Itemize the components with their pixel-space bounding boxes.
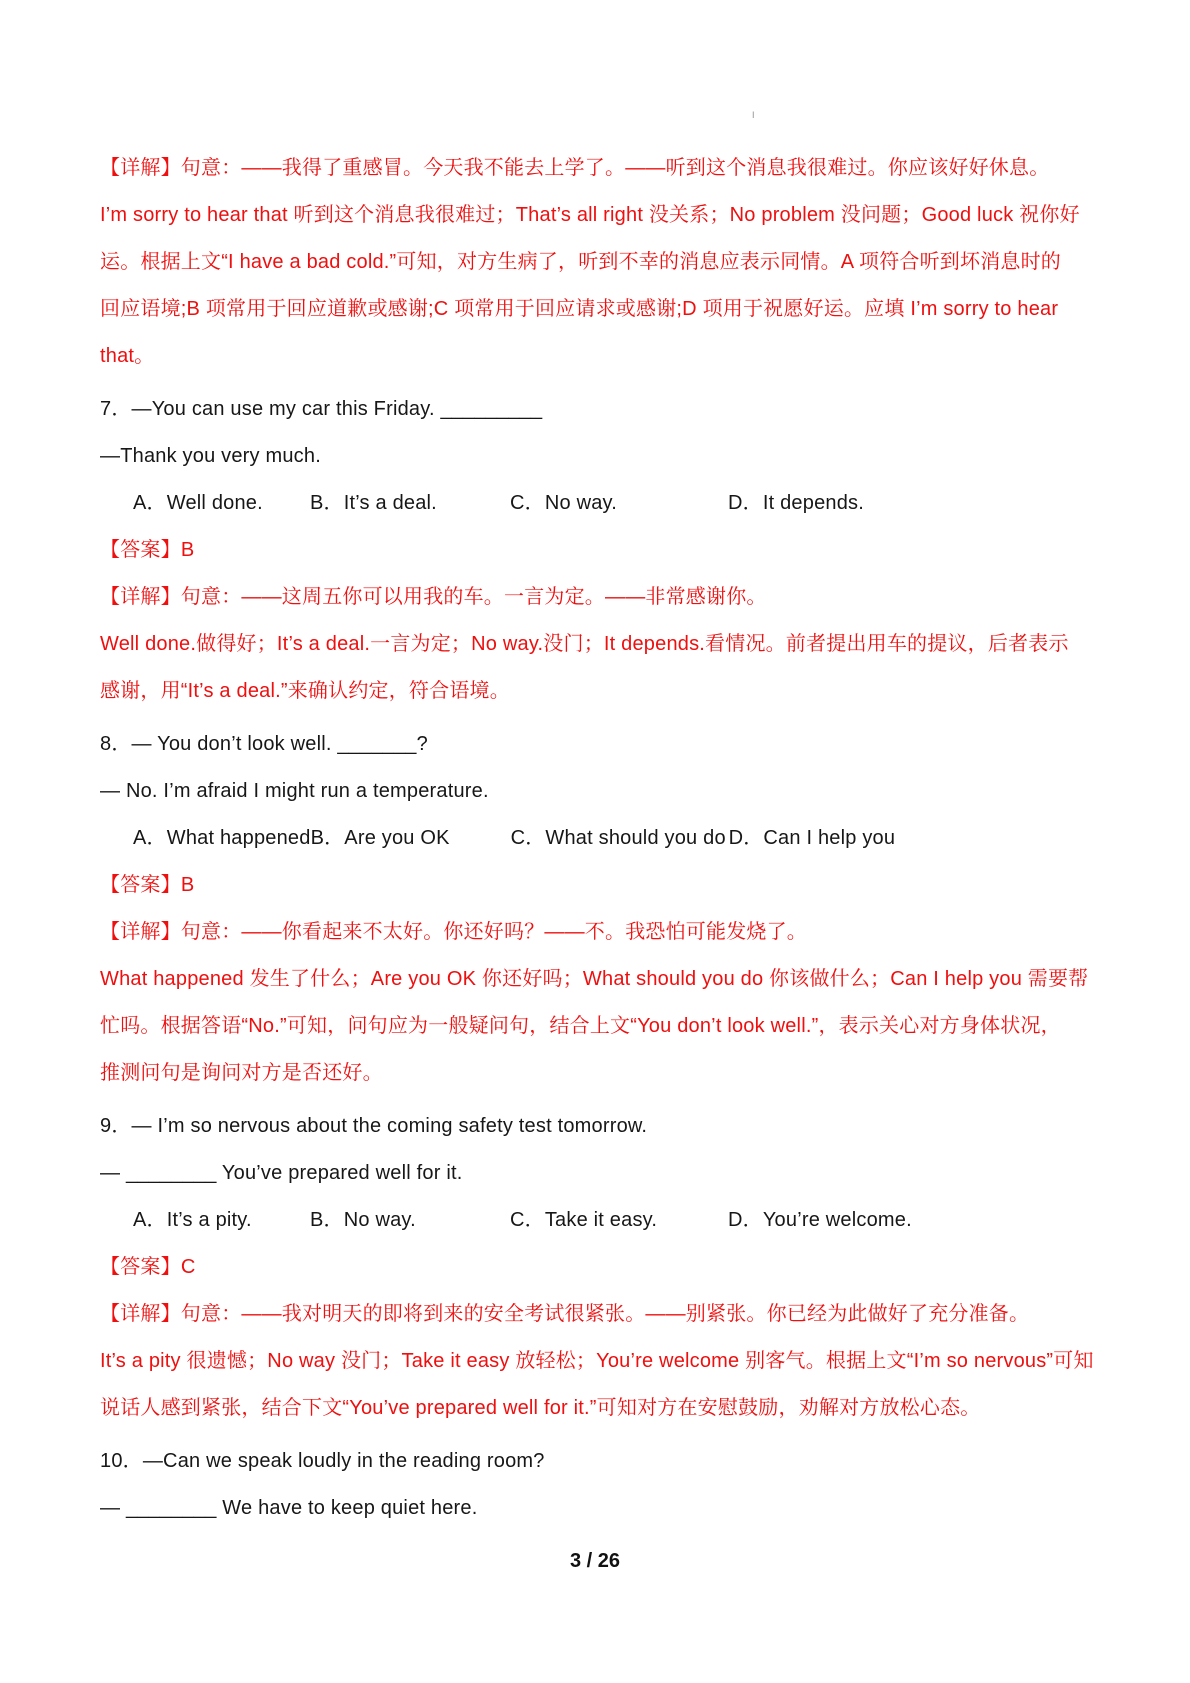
explanation-line: 【详解】句意：——我对明天的即将到来的安全考试很紧张。——别紧张。你已经为此做好… bbox=[100, 1291, 1090, 1338]
question-line: —Thank you very much. bbox=[100, 433, 1090, 480]
answer-label: 【答案】 bbox=[100, 874, 181, 896]
question-line: 10．—Can we speak loudly in the reading r… bbox=[100, 1438, 1090, 1485]
option-item: C．No way. bbox=[510, 480, 728, 527]
question-line: 7．—You can use my car this Friday. _____… bbox=[100, 386, 1090, 433]
explanation-line: 运。根据上文“I have a bad cold.”可知，对方生病了，听到不幸的… bbox=[100, 239, 1090, 286]
options-row: A．Well done.B．It’s a deal.C．No way.D．It … bbox=[100, 480, 1090, 527]
answer-value: B bbox=[181, 874, 195, 896]
explanation-line: It’s a pity 很遗憾；No way 没门；Take it easy 放… bbox=[100, 1338, 1090, 1385]
explanation-line: 【详解】句意：——我得了重感冒。今天我不能去上学了。——听到这个消息我很难过。你… bbox=[100, 145, 1090, 192]
options-row: A．It’s a pity.B．No way.C．Take it easy.D．… bbox=[100, 1197, 1090, 1244]
option-item: D．You’re welcome. bbox=[728, 1197, 912, 1244]
explanation-block: 【详解】句意：——这周五你可以用我的车。一言为定。——非常感谢你。Well do… bbox=[100, 574, 1090, 715]
option-item: B．No way. bbox=[310, 1197, 510, 1244]
explanation-line: 忙吗。根据答语“No.”可知，问句应为一般疑问句，结合上文“You don’t … bbox=[100, 1003, 1090, 1050]
option-item: A．Well done. bbox=[133, 480, 310, 527]
document-content: 【详解】句意：——我得了重感冒。今天我不能去上学了。——听到这个消息我很难过。你… bbox=[100, 145, 1090, 1532]
explanation-block: 【详解】句意：——你看起来不太好。你还好吗？——不。我恐怕可能发烧了。What … bbox=[100, 909, 1090, 1097]
question-line: — No. I’m afraid I might run a temperatu… bbox=[100, 768, 1090, 815]
answer-line: 【答案】B bbox=[100, 862, 1090, 909]
explanation-line: What happened 发生了什么；Are you OK 你还好吗；What… bbox=[100, 956, 1090, 1003]
page-number: 3 / 26 bbox=[570, 1550, 620, 1572]
option-item: D．Can I help you bbox=[729, 815, 896, 862]
question-line: — ________ You’ve prepared well for it. bbox=[100, 1150, 1090, 1197]
document-page: I 【详解】句意：——我得了重感冒。今天我不能去上学了。——听到这个消息我很难过… bbox=[0, 0, 1190, 1683]
question-line: 9．— I’m so nervous about the coming safe… bbox=[100, 1103, 1090, 1150]
explanation-line: 推测问句是询问对方是否还好。 bbox=[100, 1050, 1090, 1097]
explanation-line: 【详解】句意：——你看起来不太好。你还好吗？——不。我恐怕可能发烧了。 bbox=[100, 909, 1090, 956]
option-item: B．Are you OK bbox=[311, 815, 511, 862]
answer-label: 【答案】 bbox=[100, 1256, 181, 1278]
explanation-line: that。 bbox=[100, 333, 1090, 380]
question-line: 8．— You don’t look well. _______? bbox=[100, 721, 1090, 768]
options-row: A．What happenedB．Are you OKC．What should… bbox=[100, 815, 1090, 862]
option-item: A．What happened bbox=[133, 815, 311, 862]
cursor-artifact: I bbox=[752, 110, 755, 120]
explanation-line: 说话人感到紧张，结合下文“You’ve prepared well for it… bbox=[100, 1385, 1090, 1432]
question-line: — ________ We have to keep quiet here. bbox=[100, 1485, 1090, 1532]
answer-value: C bbox=[181, 1256, 196, 1278]
answer-label: 【答案】 bbox=[100, 539, 181, 561]
option-item: B．It’s a deal. bbox=[310, 480, 510, 527]
option-item: D．It depends. bbox=[728, 480, 864, 527]
explanation-line: I’m sorry to hear that 听到这个消息我很难过；That’s… bbox=[100, 192, 1090, 239]
option-item: A．It’s a pity. bbox=[133, 1197, 310, 1244]
explanation-line: 感谢，用“It’s a deal.”来确认约定，符合语境。 bbox=[100, 668, 1090, 715]
option-item: C．What should you do bbox=[511, 815, 729, 862]
option-item: C．Take it easy. bbox=[510, 1197, 728, 1244]
explanation-line: 回应语境;B 项常用于回应道歉或感谢;C 项常用于回应请求或感谢;D 项用于祝愿… bbox=[100, 286, 1090, 333]
explanation-block: 【详解】句意：——我对明天的即将到来的安全考试很紧张。——别紧张。你已经为此做好… bbox=[100, 1291, 1090, 1432]
explanation-block: 【详解】句意：——我得了重感冒。今天我不能去上学了。——听到这个消息我很难过。你… bbox=[100, 145, 1090, 380]
explanation-line: Well done.做得好；It’s a deal.一言为定；No way.没门… bbox=[100, 621, 1090, 668]
answer-line: 【答案】B bbox=[100, 527, 1090, 574]
answer-line: 【答案】C bbox=[100, 1244, 1090, 1291]
page-footer: 3 / 26 bbox=[0, 1550, 1190, 1573]
answer-value: B bbox=[181, 539, 195, 561]
explanation-line: 【详解】句意：——这周五你可以用我的车。一言为定。——非常感谢你。 bbox=[100, 574, 1090, 621]
